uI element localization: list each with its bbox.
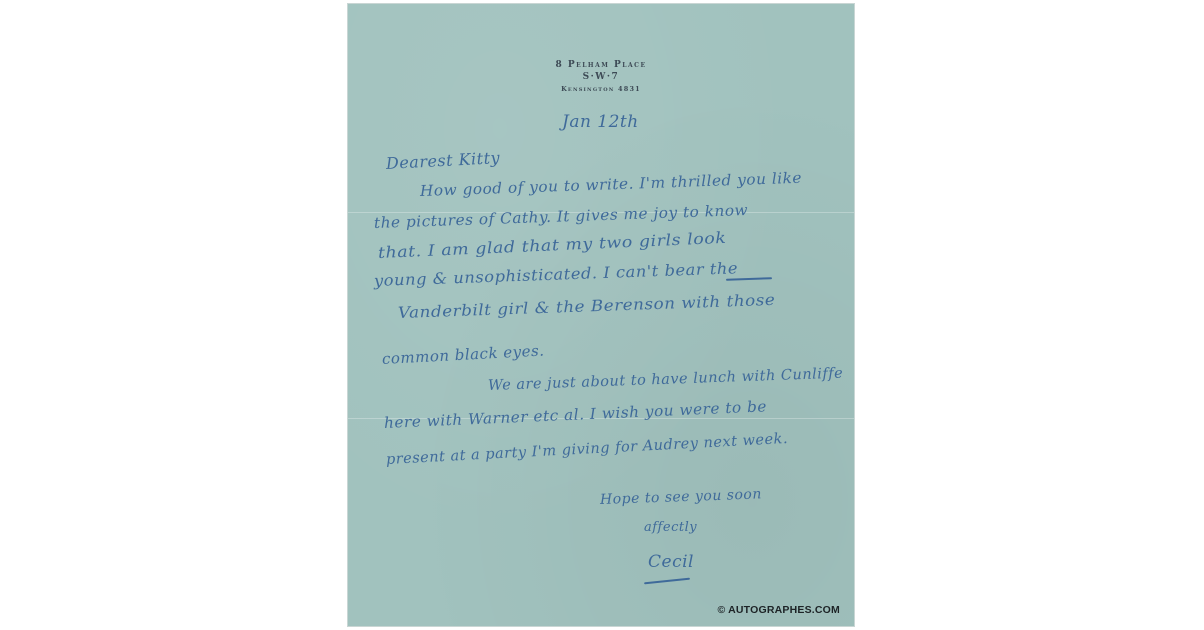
signature-underline xyxy=(644,578,690,584)
letter-signature: Cecil xyxy=(648,552,694,572)
letter-line: Vanderbilt girl & the Berenson with thos… xyxy=(398,291,776,322)
letter-line: How good of you to write. I'm thrilled y… xyxy=(420,169,803,200)
letter-line: We are just about to have lunch with Cun… xyxy=(488,366,844,394)
letter-salutation: Dearest Kitty xyxy=(386,148,501,173)
letter-line: the pictures of Cathy. It gives me joy t… xyxy=(374,201,749,232)
letterhead-address: 8 Pelham Place xyxy=(348,60,854,70)
letter-line: here with Warner etc al. I wish you were… xyxy=(384,397,768,432)
letter-valediction: affectly xyxy=(644,520,697,535)
letter-line: that. I am glad that my two girls look xyxy=(378,229,727,262)
underline-mark xyxy=(726,277,772,281)
letter-line: present at a party I'm giving for Audrey… xyxy=(386,431,789,468)
copyright-watermark: © AUTOGRAPHES.COM xyxy=(717,604,840,616)
letter-date: Jan 12th xyxy=(562,112,639,132)
letterhead-phone: Kensington 4831 xyxy=(348,85,854,93)
letter-line: young & unsophisticated. I can't bear th… xyxy=(374,259,739,290)
letter-closing: Hope to see you soon xyxy=(600,486,762,508)
letter-line: common black eyes. xyxy=(382,342,545,368)
letterhead-district: S·W·7 xyxy=(348,72,854,82)
letter-paper: 8 Pelham Place S·W·7 Kensington 4831 Jan… xyxy=(348,4,854,626)
